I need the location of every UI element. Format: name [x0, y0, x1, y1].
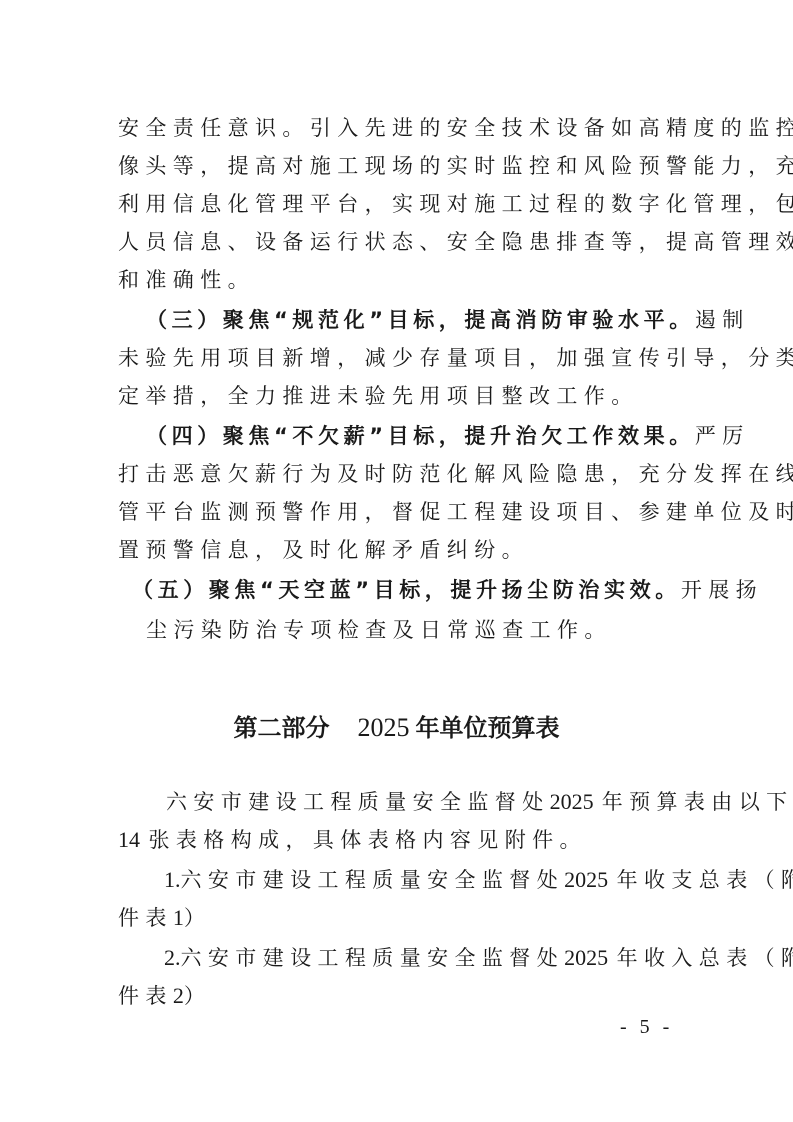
section-5-text: 开展扬 — [681, 578, 763, 602]
intro-count: 14 — [118, 827, 140, 852]
list-item: 1.六安市建设工程质量安全监督处2025 年收支总表（附 — [164, 866, 684, 894]
paragraph-line: 置预警信息，及时化解矛盾纠纷。 — [118, 536, 678, 564]
list-item: 2.六安市建设工程质量安全监督处2025 年收入总表（附 — [164, 944, 684, 972]
intro-line-2: 14 张表格构成，具体表格内容见附件。 — [118, 826, 678, 854]
item-ref-number: 1 — [173, 905, 184, 930]
intro-text: 六安市建设工程质量安全监督处 — [166, 790, 550, 814]
paragraph-line: 安全责任意识。引入先进的安全技术设备如高精度的监控摄 — [118, 114, 678, 142]
item-ref-number: 2 — [173, 983, 184, 1008]
page-number: - 5 - — [620, 1016, 673, 1039]
item-number: 2. — [164, 945, 181, 970]
paragraph-line: 管平台监测预警作用，督促工程建设项目、参建单位及时处 — [118, 498, 678, 526]
item-text: ） — [184, 984, 211, 1008]
paragraph-line: 人员信息、设备运行状态、安全隐患排查等，提高管理效率 — [118, 228, 678, 256]
item-number: 1. — [164, 867, 181, 892]
item-text: 六安市建设工程质量安全监督处 — [181, 946, 565, 970]
item-text: 年收入总表（附 — [617, 946, 793, 970]
paragraph-line: 和准确性。 — [118, 266, 678, 294]
paragraph-line: 打击恶意欠薪行为及时防范化解风险隐患，充分发挥在线监 — [118, 460, 678, 488]
item-text: ） — [184, 906, 211, 930]
section-5-heading: （五）聚焦“天空蓝”目标，提升扬尘防治实效。 — [132, 578, 681, 602]
paragraph-line: 未验先用项目新增，减少存量项目，加强宣传引导，分类制 — [118, 344, 678, 372]
section-4-text: 严厉 — [695, 424, 750, 448]
part-title: 第二部分2025年单位预算表 — [0, 712, 793, 744]
list-item-continuation: 件表1） — [118, 904, 678, 932]
paragraph-line: 像头等，提高对施工现场的实时监控和风险预警能力，充分 — [118, 152, 678, 180]
item-text: 件表 — [118, 984, 173, 1008]
part-title-year: 2025 — [358, 713, 410, 742]
paragraph-line: 尘污染防治专项检查及日常巡查工作。 — [146, 616, 706, 644]
item-text: 六安市建设工程质量安全监督处 — [181, 868, 565, 892]
item-text: 年收支总表（附 — [617, 868, 793, 892]
section-3-heading: （三）聚焦“规范化”目标，提高消防审验水平。 — [146, 308, 695, 332]
section-4-first-line: （四）聚焦“不欠薪”目标，提升治欠工作效果。严厉 — [146, 422, 686, 450]
intro-text: 张表格构成，具体表格内容见附件。 — [149, 828, 587, 852]
item-year: 2025 — [564, 867, 608, 892]
part-title-prefix: 第二部分 — [234, 714, 330, 742]
paragraph-line: 利用信息化管理平台，实现对施工过程的数字化管理，包括 — [118, 190, 678, 218]
section-5-first-line: （五）聚焦“天空蓝”目标，提升扬尘防治实效。开展扬 — [132, 576, 692, 604]
document-page: 安全责任意识。引入先进的安全技术设备如高精度的监控摄 像头等，提高对施工现场的实… — [0, 0, 793, 1122]
intro-text: 年预算表由以下 — [602, 790, 793, 814]
part-title-suffix: 年单位预算表 — [416, 714, 560, 742]
item-text: 件表 — [118, 906, 173, 930]
paragraph-line: 定举措，全力推进未验先用项目整改工作。 — [118, 382, 678, 410]
item-year: 2025 — [564, 945, 608, 970]
intro-year: 2025 — [550, 789, 594, 814]
list-item-continuation: 件表2） — [118, 982, 678, 1010]
section-4-heading: （四）聚焦“不欠薪”目标，提升治欠工作效果。 — [146, 424, 695, 448]
intro-line-1: 六安市建设工程质量安全监督处2025 年预算表由以下 — [166, 788, 686, 816]
section-3-text: 遏制 — [695, 308, 750, 332]
section-3-first-line: （三）聚焦“规范化”目标，提高消防审验水平。遏制 — [146, 306, 686, 334]
